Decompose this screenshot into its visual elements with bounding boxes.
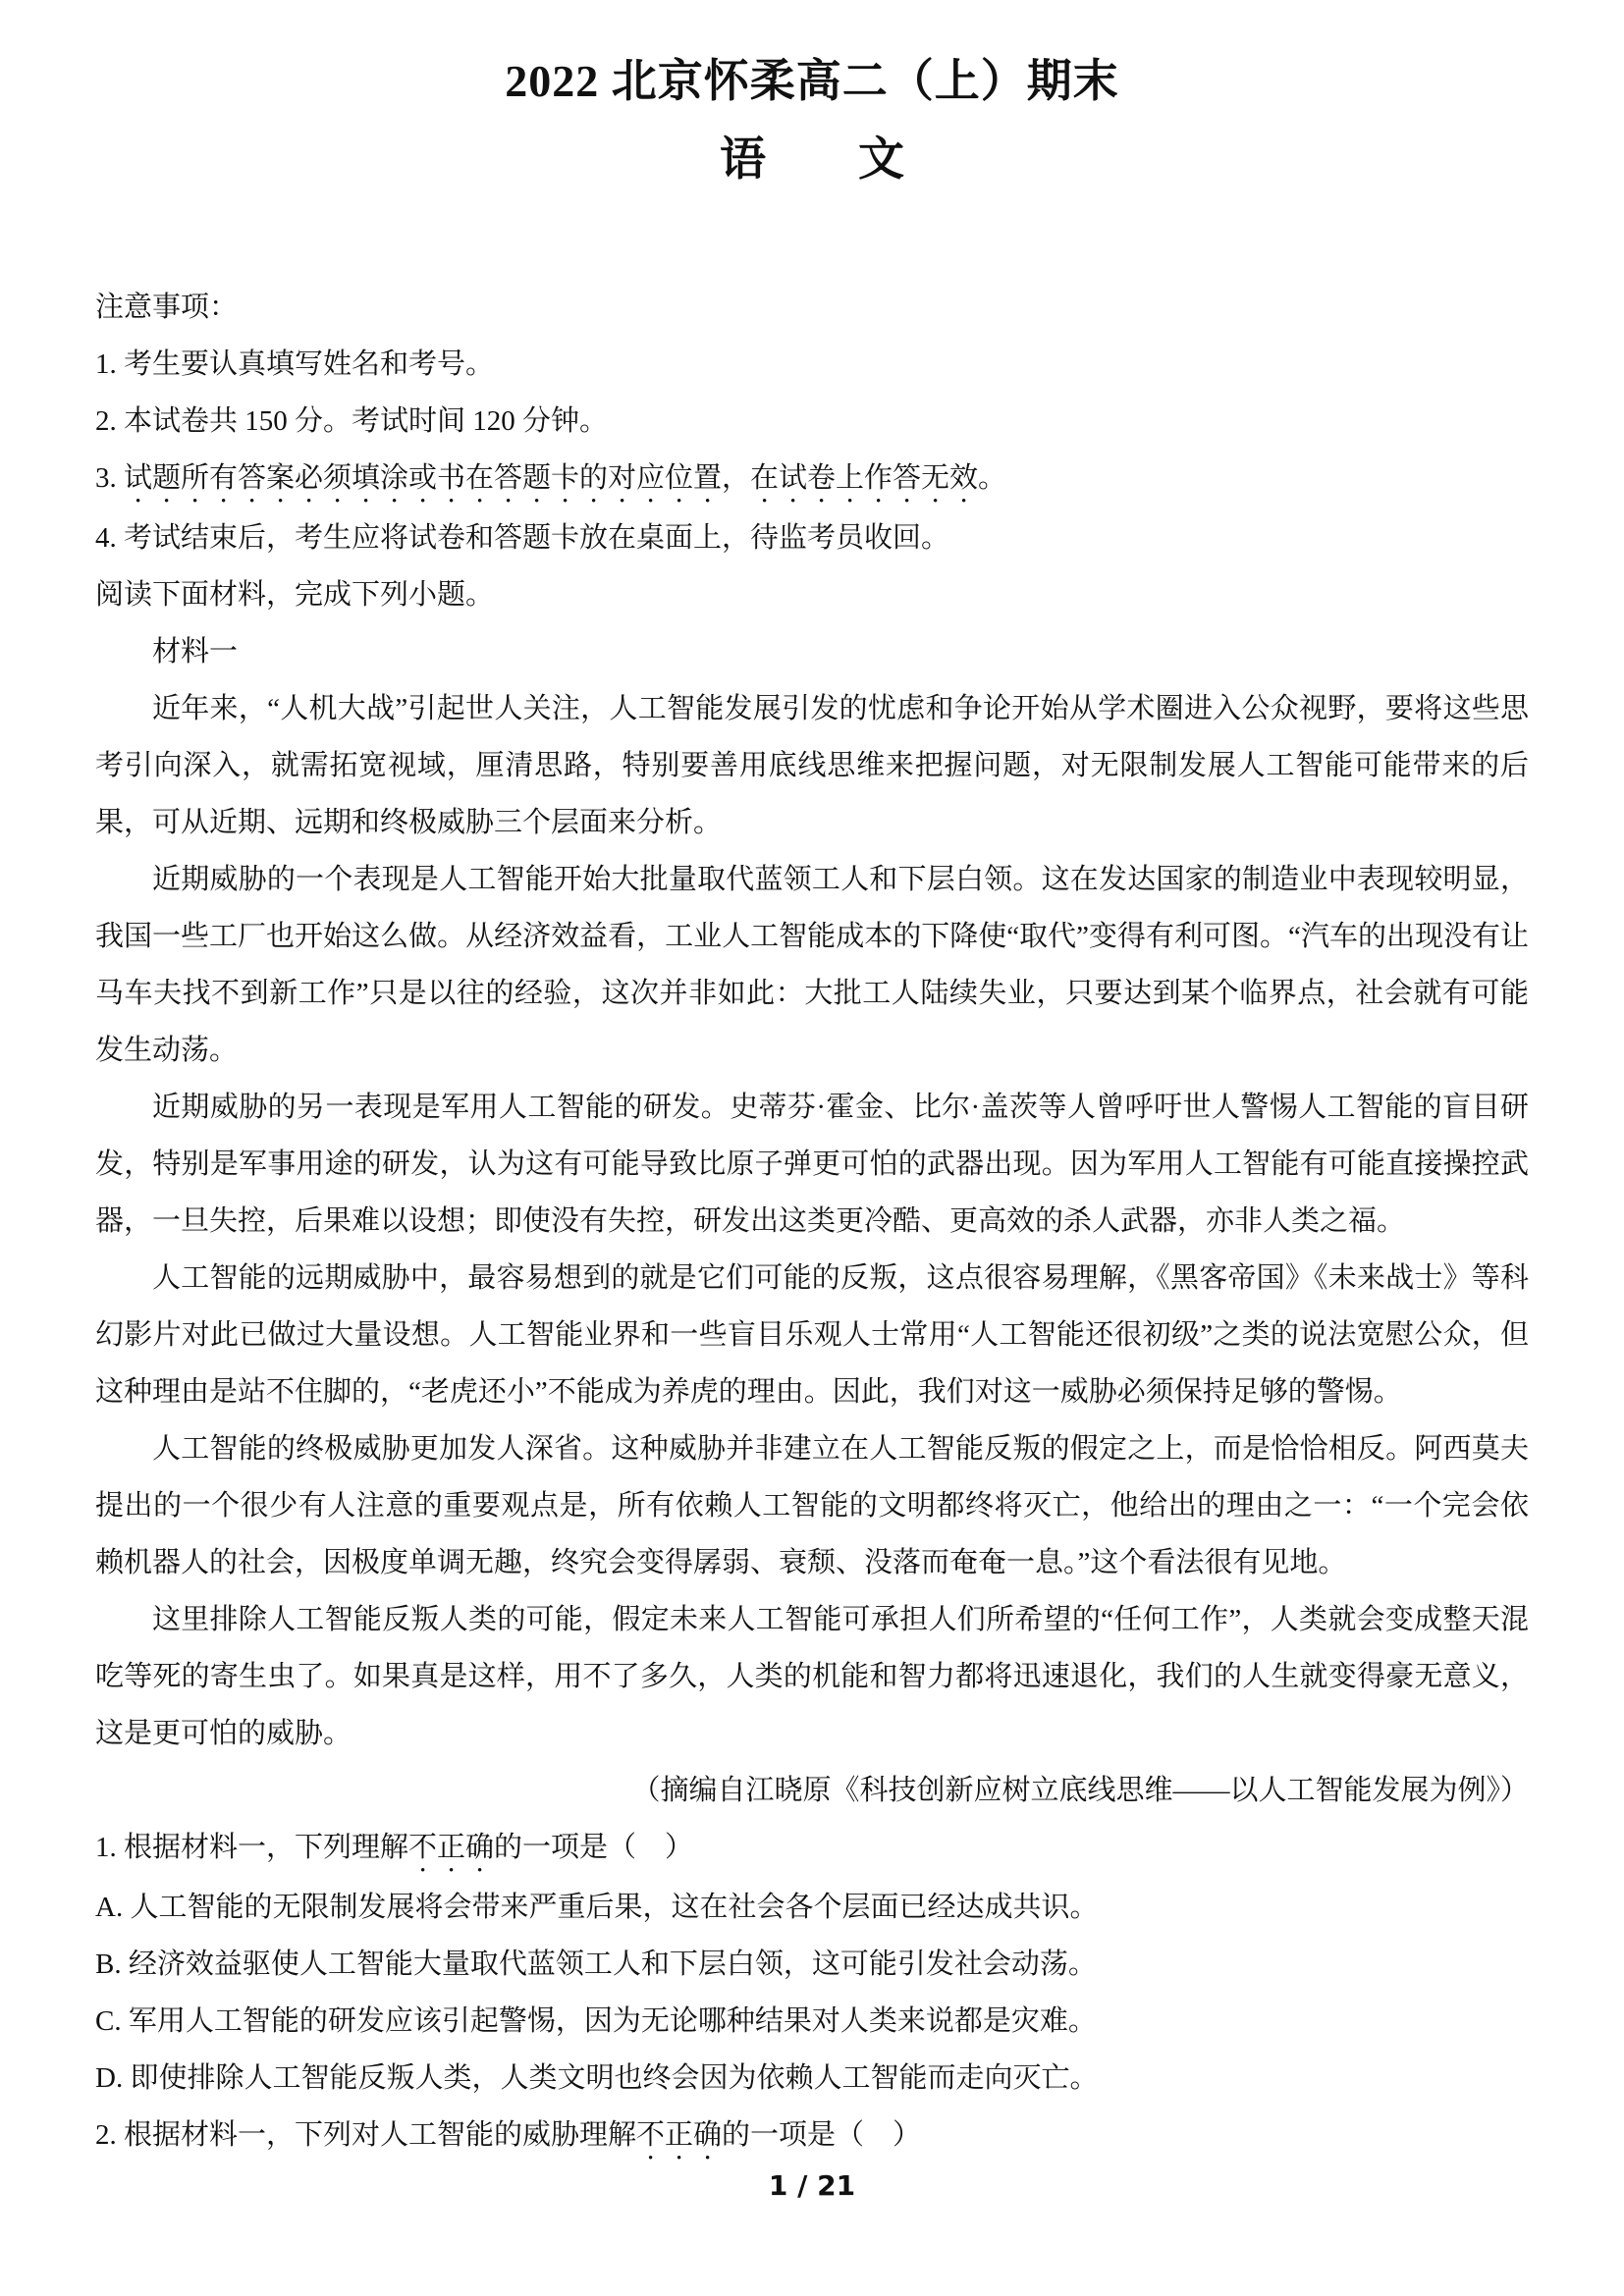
question-1-option-a: A. 人工智能的无限制发展将会带来严重后果，这在社会各个层面已经达成共识。: [95, 1879, 1529, 1936]
passage-paragraph-2: 近期威胁的一个表现是人工智能开始大批量取代蓝领工人和下层白领。这在发达国家的制造…: [95, 851, 1529, 1079]
question-2-tail: 的一项是（ ）: [722, 2119, 921, 2151]
notice-heading: 注意事项：: [95, 279, 1529, 336]
notice-item-3-comma: ，: [722, 462, 750, 494]
emphasized-text: 不正确: [408, 1832, 494, 1863]
emphasized-text: 在试卷上作答无效: [750, 462, 978, 494]
passage-paragraph-4: 人工智能的远期威胁中，最容易想到的就是它们可能的反叛，这点很容易理解，《黑客帝国…: [95, 1250, 1529, 1420]
question-1-stem: 1. 根据材料一，下列理解: [95, 1832, 408, 1863]
emphasized-text: 不正确: [636, 2119, 722, 2151]
notice-item-2: 2. 本试卷共 150 分。考试时间 120 分钟。: [95, 393, 1529, 450]
passage-paragraph-5: 人工智能的终极威胁更加发人深省。这种威胁并非建立在人工智能反叛的假定之上，而是恰…: [95, 1420, 1529, 1591]
notice-item-3-period: 。: [978, 462, 1006, 494]
reading-instruction: 阅读下面材料，完成下列小题。: [95, 566, 1529, 623]
passage-paragraph-6: 这里排除人工智能反叛人类的可能，假定未来人工智能可承担人们所希望的“任何工作”，…: [95, 1591, 1529, 1762]
notice-item-3: 3. 试题所有答案必须填涂或书在答题卡的对应位置，在试卷上作答无效。: [95, 450, 1529, 509]
question-1-option-d: D. 即使排除人工智能反叛人类，人类文明也终会因为依赖人工智能而走向灭亡。: [95, 2050, 1529, 2107]
passage-source: （摘编自江晓原《科技创新应树立底线思维——以人工智能发展为例》）: [95, 1762, 1529, 1819]
question-1-option-b: B. 经济效益驱使人工智能大量取代蓝领工人和下层白领，这可能引发社会动荡。: [95, 1936, 1529, 1993]
question-2: 2. 根据材料一，下列对人工智能的威胁理解不正确的一项是（ ）: [95, 2107, 1529, 2166]
page-title: 2022 北京怀柔高二（上）期末: [0, 55, 1624, 108]
question-1-tail: 的一项是（ ）: [494, 1832, 693, 1863]
page-number: 1 / 21: [0, 2169, 1624, 2202]
passage-paragraph-1: 近年来，“人机大战”引起世人关注，人工智能发展引发的忧虑和争论开始从学术圈进入公…: [95, 680, 1529, 851]
subject-title: 语 文: [0, 133, 1624, 187]
passage-paragraph-3: 近期威胁的另一表现是军用人工智能的研发。史蒂芬·霍金、比尔·盖茨等人曾呼吁世人警…: [95, 1079, 1529, 1250]
material-label: 材料一: [95, 623, 1529, 680]
exam-page: 2022 北京怀柔高二（上）期末 语 文 注意事项： 1. 考生要认真填写姓名和…: [0, 0, 1624, 2296]
exam-body: 注意事项： 1. 考生要认真填写姓名和考号。 2. 本试卷共 150 分。考试时…: [95, 279, 1529, 2166]
question-1: 1. 根据材料一，下列理解不正确的一项是（ ）: [95, 1819, 1529, 1879]
emphasized-text: 试题所有答案必须填涂或书在答题卡的对应位置: [124, 462, 722, 494]
notice-item-4: 4. 考试结束后，考生应将试卷和答题卡放在桌面上，待监考员收回。: [95, 509, 1529, 566]
notice-item-1: 1. 考生要认真填写姓名和考号。: [95, 336, 1529, 393]
question-2-stem: 2. 根据材料一，下列对人工智能的威胁理解: [95, 2119, 636, 2151]
notice-item-3-number: 3.: [95, 462, 124, 494]
page-header: 2022 北京怀柔高二（上）期末 语 文: [0, 0, 1624, 187]
question-1-option-c: C. 军用人工智能的研发应该引起警惕，因为无论哪种结果对人类来说都是灾难。: [95, 1993, 1529, 2050]
